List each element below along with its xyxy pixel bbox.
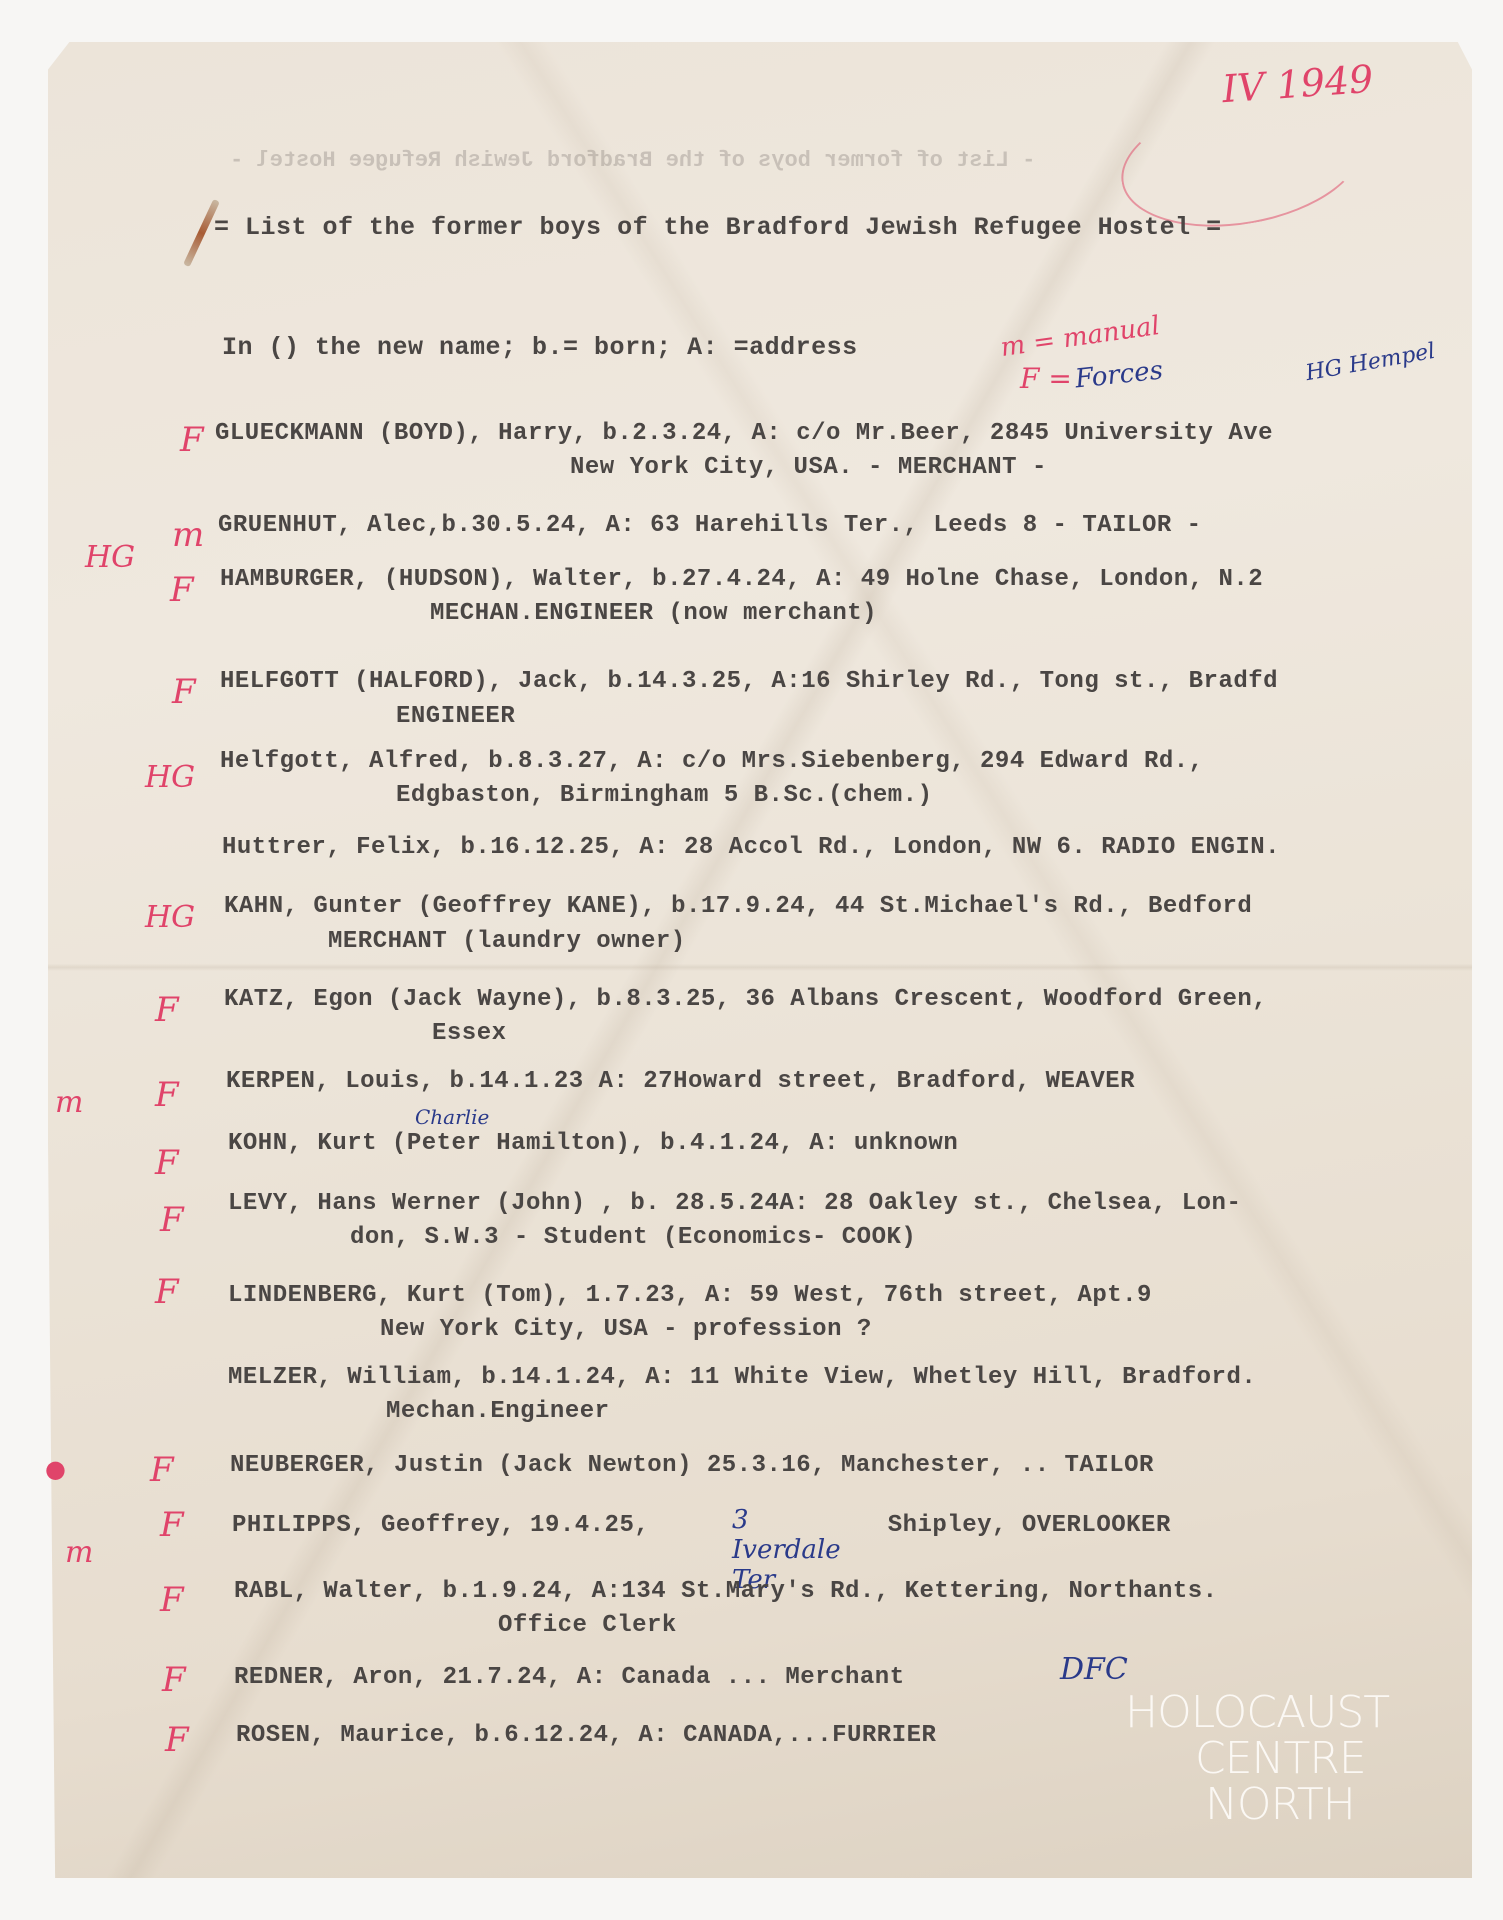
entry-line1: REDNER, Aron, 21.7.24, A: Canada ... Mer… [234, 1664, 905, 1691]
entry-mark-left: m [65, 1535, 93, 1570]
entry-line2: New York City, USA - profession ? [380, 1316, 872, 1343]
entry-mark: F [155, 1075, 179, 1115]
logo-line1: HOLOCAUST [1125, 1690, 1389, 1736]
entry-line1: KATZ, Egon (Jack Wayne), b.8.3.25, 36 Al… [224, 986, 1267, 1013]
entry-line1: GLUECKMANN (BOYD), Harry, b.2.3.24, A: c… [215, 420, 1273, 447]
entry-mark: F [160, 1505, 184, 1545]
annotation-redner: DFC [1060, 1652, 1128, 1687]
entry-line1: RABL, Walter, b.1.9.24, A:134 St.Mary's … [234, 1578, 1218, 1605]
entry-mark: F [155, 1272, 179, 1312]
annotation-key-f: F = [1020, 362, 1072, 395]
bleed-through-text: - List of former boys of the Bradford Je… [230, 148, 1035, 173]
entry-line1: KOHN, Kurt (Peter Hamilton), b.4.1.24, A… [228, 1130, 958, 1157]
entry-mark-left: HG [85, 540, 135, 575]
entry-line2: Essex [432, 1020, 507, 1047]
entry-mark: m [172, 515, 204, 555]
entry-line2: Mechan.Engineer [386, 1398, 610, 1425]
entry-mark: F [160, 1580, 184, 1620]
entry-mark-left: ● [45, 1455, 66, 1483]
entry-line2: Office Clerk [498, 1612, 677, 1639]
entry-mark: F [150, 1450, 174, 1490]
entry-line2: don, S.W.3 - Student (Economics- COOK) [350, 1224, 916, 1251]
entry-line2: New York City, USA. - MERCHANT - [570, 454, 1047, 481]
entry-line1: HAMBURGER, (HUDSON), Walter, b.27.4.24, … [220, 566, 1263, 593]
holocaust-centre-north-logo: HOLOCAUST CENTRE NORTH [1125, 1690, 1389, 1828]
entry-line1: MELZER, William, b.14.1.24, A: 11 White … [228, 1364, 1256, 1391]
entry-line1: PHILIPPS, Geoffrey, 19.4.25, Shipley, OV… [232, 1512, 1171, 1539]
entry-line1: Huttrer, Felix, b.16.12.25, A: 28 Accol … [222, 834, 1280, 861]
entry-mark-left: m [55, 1085, 83, 1120]
document-title: = List of the former boys of the Bradfor… [214, 213, 1222, 242]
entry-mark: F [165, 1720, 189, 1760]
entry-mark: F [170, 570, 194, 610]
entry-mark: F [172, 672, 196, 712]
annotation-kohn: Charlie [415, 1105, 489, 1129]
entry-line1: LEVY, Hans Werner (John) , b. 28.5.24A: … [228, 1190, 1241, 1217]
entry-line1: KAHN, Gunter (Geoffrey KANE), b.17.9.24,… [224, 893, 1252, 920]
entry-mark: F [180, 420, 204, 460]
entry-line1: ROSEN, Maurice, b.6.12.24, A: CANADA,...… [236, 1722, 936, 1749]
entry-line1: LINDENBERG, Kurt (Tom), 1.7.23, A: 59 We… [228, 1282, 1152, 1309]
logo-line3: NORTH [1125, 1782, 1389, 1828]
entry-mark: F [162, 1660, 186, 1700]
entry-line1: HELFGOTT (HALFORD), Jack, b.14.3.25, A:1… [220, 668, 1278, 695]
entry-mark: F [155, 1143, 179, 1183]
entry-line1: GRUENHUT, Alec,b.30.5.24, A: 63 Harehill… [218, 512, 1202, 539]
entry-mark: F [155, 990, 179, 1030]
entry-line1: Helfgott, Alfred, b.8.3.27, A: c/o Mrs.S… [220, 748, 1204, 775]
entry-line1: KERPEN, Louis, b.14.1.23 A: 27Howard str… [226, 1068, 1135, 1095]
entry-line2: ENGINEER [396, 703, 515, 730]
entry-line2: Edgbaston, Birmingham 5 B.Sc.(chem.) [396, 782, 932, 809]
entry-mark: F [160, 1200, 184, 1240]
entry-mark: HG [145, 760, 195, 795]
logo-line2: CENTRE [1125, 1736, 1389, 1782]
document-legend: In () the new name; b.= born; A: =addres… [222, 333, 858, 362]
entry-line2: MECHAN.ENGINEER (now merchant) [430, 600, 877, 627]
entry-line1: NEUBERGER, Justin (Jack Newton) 25.3.16,… [230, 1452, 1154, 1479]
entry-mark: HG [145, 900, 195, 935]
entry-line2: MERCHANT (laundry owner) [328, 928, 686, 955]
